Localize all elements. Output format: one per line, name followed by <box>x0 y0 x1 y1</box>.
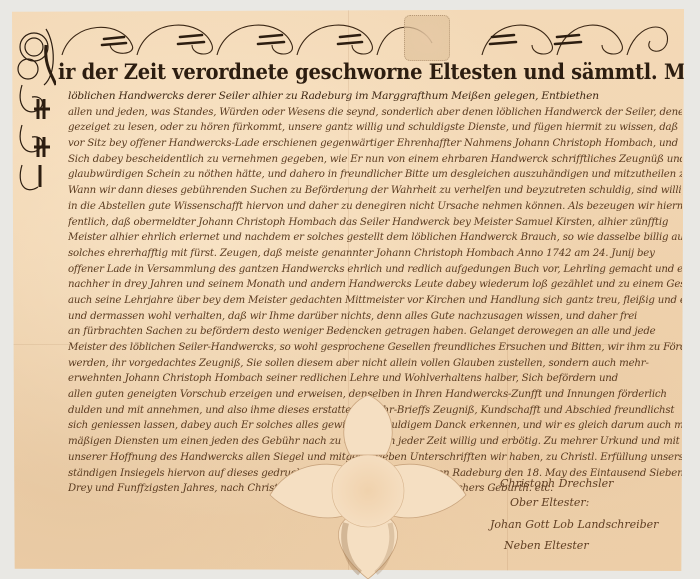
body-line: vor Sitz bey offener Handwercks-Lade ers… <box>68 136 682 152</box>
body-line: und dermassen wohl verhalten, daß wir Ih… <box>68 309 682 325</box>
body-line: allen und jeden, was Standes, Würden ode… <box>68 105 682 121</box>
body-line: Sich dabey bescheidentlich zu vernehmen … <box>68 152 682 168</box>
calligraphic-flourish-row <box>52 15 672 59</box>
body-line: offener Lade in Versammlung des gantzen … <box>68 262 682 278</box>
signature-line: Christoph Drechsler <box>500 477 613 490</box>
quatrefoil-paper-seal <box>268 395 468 579</box>
signature-line: Ober Eltester: <box>510 496 589 509</box>
signature-line: Neben Eltester <box>504 539 589 552</box>
body-line: erwehnten Johann Christoph Hombach seine… <box>68 371 682 387</box>
body-line: gezeiget zu lesen, oder zu hören fürkomm… <box>68 120 682 136</box>
body-line: in die Abstellen gute Wissenschafft hier… <box>68 199 682 215</box>
body-line: löblichen Handwercks derer Seiler alhier… <box>68 89 682 105</box>
body-line: nachher in drey Jahren und seinem Monath… <box>68 277 682 293</box>
body-line: solches ehrerhafftig mit fürst. Zeugen, … <box>68 246 682 262</box>
body-line: auch seine Lehrjahre über bey dem Meiste… <box>68 293 682 309</box>
body-line: werden, ihr vorgedachtes Zeugniß, Sie so… <box>68 356 682 372</box>
small-embossed-seal <box>404 15 450 61</box>
body-line: glaubwürdigen Schein zu nöthen hätte, un… <box>68 167 682 183</box>
decorated-initial-letter <box>16 15 56 215</box>
signature-line: Johan Gott Lob Landschreiber <box>490 518 658 531</box>
body-line: Meister des löblichen Seiler-Handwercks,… <box>68 340 682 356</box>
document-heading: ir der Zeit verordnete geschworne Eltest… <box>58 59 635 84</box>
body-line: Wann wir dann dieses gebührenden Suchen … <box>68 183 682 199</box>
body-line: fentlich, daß obermeldter Johann Christo… <box>68 215 682 231</box>
body-line: Meister alhier ehrlich erlernet und nach… <box>68 230 682 246</box>
body-line: an fürbrachten Sachen zu befördern desto… <box>68 324 682 340</box>
